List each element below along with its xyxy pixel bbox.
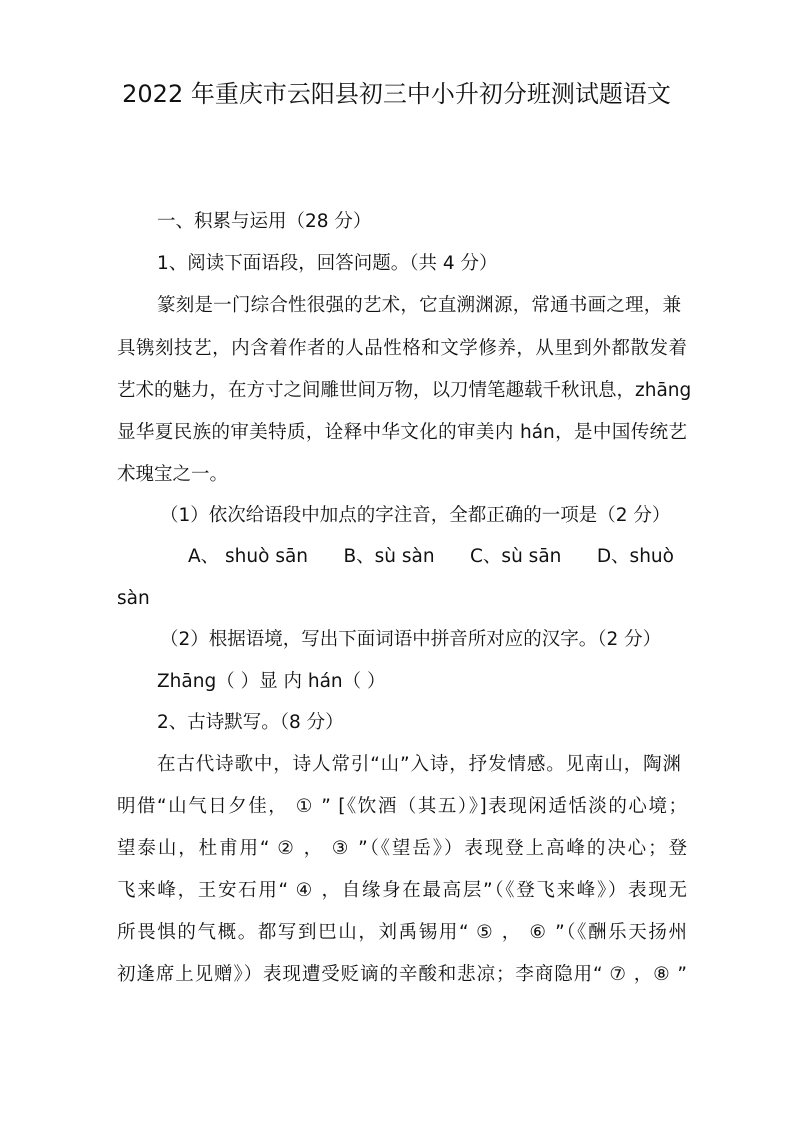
sub-question-1-prompt: （1）依次给语段中加点的字注音，全都正确的一项是（2 分） [160, 502, 690, 530]
passage-line: 篆刻是一门综合性很强的艺术，它直溯渊源，常通书画之理，兼 [157, 292, 681, 320]
passage-line: 具镌刻技艺，内含着作者的人品性格和文学修养，从里到外都散发着 [117, 335, 687, 363]
option-b: B、sù sàn [343, 543, 434, 571]
poem-passage-line: 望泰山，杜甫用“ ② ， ③ ”（《望岳》）表现登上高峰的决心；登 [117, 835, 687, 863]
document-page: 2022 年重庆市云阳县初三中小升初分班测试题语文 一、积累与运用（28 分） … [0, 0, 793, 1122]
option-c: C、sù sān [470, 543, 561, 571]
question-2-heading: 2、古诗默写。（8 分） [157, 709, 687, 737]
answer-options: A、 shuò sān B、sù sàn C、sù sān D、shuò [188, 543, 674, 571]
question-1-heading: 1、阅读下面语段，回答问题。（共 4 分） [157, 250, 687, 278]
section-heading: 一、积累与运用（28 分） [157, 208, 687, 236]
passage-line: 艺术的魅力，在方寸之间雕世间万物，以刀情笔趣载千秋讯息，zhāng [117, 377, 687, 405]
document-title: 2022 年重庆市云阳县初三中小升初分班测试题语文 [0, 76, 793, 112]
sub-question-2-prompt: （2）根据语境，写出下面词语中拼音所对应的汉字。（2 分） [160, 626, 690, 654]
option-d: D、shuò [597, 543, 674, 571]
poem-passage-line: 所畏惧的气概。都写到巴山，刘禹锡用“ ⑤ ， ⑥ ”（《酬乐天扬州 [117, 919, 687, 947]
passage-line: 显华夏民族的审美特质，诠释中华文化的审美内 hán，是中国传统艺 [117, 419, 687, 447]
option-d-wrap: sàn [117, 585, 687, 613]
passage-line: 术瑰宝之一。 [117, 461, 687, 489]
poem-passage-line: 初逢席上见赠》）表现遭受贬谪的辛酸和悲凉；李商隐用“ ⑦ ，⑧ ” [117, 961, 687, 989]
fill-in-blank-line: Zhāng（ ）显 内 hán（ ） [157, 668, 687, 696]
poem-passage-line: 明借“山气日夕佳， ① ” [《饮酒（其五）》]表现闲适恬淡的心境； [117, 793, 687, 821]
poem-passage-line: 飞来峰，王安石用“ ④ ，自缘身在最高层”（《登飞来峰》）表现无 [117, 877, 687, 905]
poem-passage-line: 在古代诗歌中，诗人常引“山”入诗，抒发情感。见南山，陶渊 [157, 751, 681, 779]
option-a: A、 shuò sān [188, 543, 308, 571]
